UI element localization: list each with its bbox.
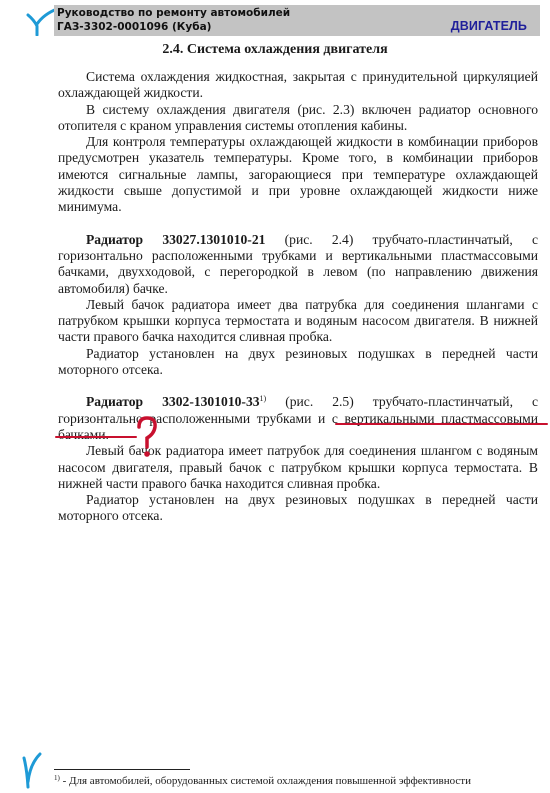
paragraph: Система охлаждения жидкостная, закрытая … [58, 69, 538, 102]
vehicle-model: ГАЗ-3302-0001096 (Куба) [57, 21, 211, 33]
radiator1-paragraph: Радиатор 33027.1301010-21 (рис. 2.4) тру… [58, 232, 538, 297]
radiator1-label: Радиатор [86, 232, 143, 247]
document-header: Руководство по ремонту автомобилей ГАЗ-3… [54, 5, 540, 36]
footnote-text: - Для автомобилей, оборудованных системо… [60, 775, 471, 787]
paragraph: Левый бачок радиатора имеет патрубок для… [58, 443, 538, 492]
radiator1-part-number: 33027.1301010-21 [162, 232, 265, 247]
document-body: Система охлаждения жидкостная, закрытая … [58, 69, 538, 525]
paragraph: Для контроля температуры охлаждающей жид… [58, 134, 538, 215]
manual-title: Руководство по ремонту автомобилей [57, 7, 290, 19]
radiator2-label: Радиатор [86, 394, 143, 409]
paragraph: Левый бачок радиатора имеет два патрубка… [58, 297, 538, 346]
check-mark-icon [20, 750, 44, 790]
paragraph: Радиатор установлен на двух резиновых по… [58, 492, 538, 525]
red-underline-annotation [335, 423, 548, 425]
paragraph: В систему охлаждения двигателя (рис. 2.3… [58, 102, 538, 135]
footnote: 1) - Для автомобилей, оборудованных сист… [54, 775, 471, 787]
radiator2-part-number: 3302-1301010-33 [162, 394, 259, 409]
paragraph: Радиатор установлен на двух резиновых по… [58, 346, 538, 379]
red-underline-annotation [55, 436, 137, 438]
footnote-divider [54, 769, 190, 770]
section-label: ДВИГАТЕЛЬ [451, 19, 527, 33]
question-mark-icon [135, 415, 159, 459]
page-title: 2.4. Система охлаждения двигателя [0, 42, 550, 58]
